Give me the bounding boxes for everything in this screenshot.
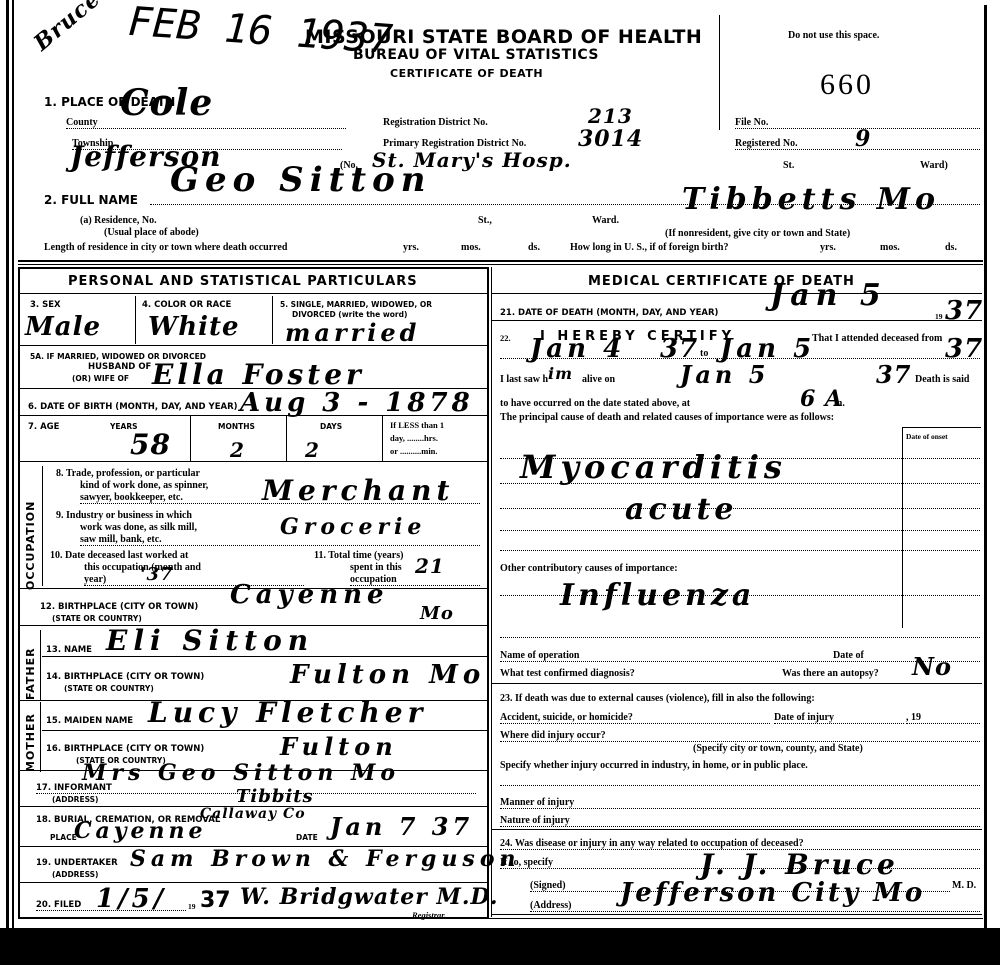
principal-cause-value: Myocarditis	[520, 448, 787, 486]
physician-signature: J. J. Bruce	[700, 848, 899, 881]
age-label: 7. AGE	[28, 422, 59, 432]
row-divider	[492, 683, 982, 684]
burial-date-value: Jan 7 37	[330, 812, 473, 841]
row-divider	[492, 829, 982, 830]
office-box-divider	[719, 15, 720, 130]
cause-line	[500, 530, 980, 531]
last-saw-value: Jan 5	[680, 360, 769, 389]
informant-address-label: (ADDRESS)	[52, 795, 98, 804]
last-saw-pronoun: im	[548, 364, 573, 383]
other-cause-value: Influenza	[560, 578, 755, 613]
undertaker-value: Sam Brown & Ferguson	[130, 846, 521, 872]
accident-label: Accident, suicide, or homicide?	[500, 712, 770, 724]
attended-from-value: Jan 4	[530, 334, 625, 364]
bureau-title: BUREAU OF VITAL STATISTICS	[353, 47, 599, 63]
alive-on-label: alive on	[582, 374, 615, 385]
frame-border-right	[984, 5, 987, 935]
office-number: 660	[820, 68, 874, 102]
row-divider	[492, 320, 982, 321]
date-of-death-label: 21. DATE OF DEATH (MONTH, DAY, AND YEAR)	[500, 308, 718, 318]
last-worked-value: '37	[140, 564, 174, 585]
mother-name-value: Lucy Fletcher	[148, 696, 427, 729]
nonresident-note: (If nonresident, give city or town and S…	[665, 228, 850, 239]
occurred-label: to have occurred on the date stated abov…	[500, 398, 690, 409]
injury-where-note: (Specify city or town, county, and State…	[693, 743, 863, 754]
mother-side-label: MOTHER	[24, 704, 37, 772]
residence-yrs-label: yrs.	[403, 242, 419, 253]
row-divider	[18, 918, 983, 919]
row-divider	[20, 415, 487, 416]
birthplace-label-2: (STATE OR COUNTRY)	[52, 614, 142, 623]
nature-of-injury-label: Nature of injury	[500, 815, 980, 827]
registrar-value: W. Bridgwater M.D.	[240, 884, 498, 910]
trade-label-2: kind of work done, as spinner,	[80, 480, 208, 491]
occupation-side-label: OCCUPATION	[24, 470, 37, 590]
industry-label-2: work was done, as silk mill,	[80, 522, 197, 533]
cause-line	[500, 550, 980, 551]
injury-specify-label: Specify whether injury occurred in indus…	[500, 760, 808, 771]
principal-cause-qualifier: acute	[625, 492, 737, 527]
operation-date-label: Date of	[833, 650, 864, 661]
row-divider	[20, 293, 487, 294]
col-divider	[40, 630, 41, 700]
row-divider	[492, 914, 982, 915]
occurred-suffix: m.	[834, 398, 845, 409]
date-of-death-year: 37	[945, 296, 983, 326]
date-of-birth-label: 6. DATE OF BIRTH (MONTH, DAY, AND YEAR)	[28, 402, 238, 412]
last-saw-label: I last saw h	[500, 374, 548, 385]
date-of-death-value: Jan 5	[770, 278, 887, 313]
father-side-label: FATHER	[24, 632, 37, 700]
col-divider	[42, 466, 43, 586]
father-birthplace-label-2: (STATE OR COUNTRY)	[64, 684, 154, 693]
md-label: M. D.	[952, 880, 976, 891]
father-name-value: Eli Sitton	[106, 624, 314, 657]
undertaker-label: 19. UNDERTAKER	[36, 858, 118, 868]
birthplace-state: Mo	[420, 603, 454, 624]
sex-label: 3. SEX	[30, 300, 61, 310]
age-days-label: DAYS	[320, 422, 342, 431]
injury-date-label: Date of injury	[774, 712, 904, 724]
attended-to-label: to	[700, 348, 708, 359]
header-divider-2	[18, 264, 983, 265]
length-of-residence-label: Length of residence in city or town wher…	[44, 242, 287, 253]
burial-extra-value: Callaway Co	[200, 806, 306, 822]
residence-st-label: St.,	[478, 215, 492, 226]
test-label: What test confirmed diagnosis?	[500, 668, 635, 679]
full-name-value: Geo Sitton	[170, 160, 431, 200]
injury-where-label: Where did injury occur?	[500, 730, 980, 742]
birthplace-label: 12. BIRTHPLACE (CITY OR TOWN)	[40, 602, 198, 612]
form-title: MISSOURI STATE BOARD OF HEALTH	[305, 26, 702, 48]
marital-value: married	[285, 318, 420, 347]
st-label: St.	[783, 160, 794, 171]
spouse-value: Ella Foster	[152, 358, 365, 391]
injury-specify-line	[500, 785, 980, 786]
injury-year-prefix: , 19	[906, 712, 980, 724]
physician-address-value: Jefferson City Mo	[620, 878, 925, 908]
trade-label: 8. Trade, profession, or particular	[56, 468, 200, 479]
residence-mos-label: mos.	[461, 242, 481, 253]
county-label: County	[66, 117, 346, 129]
residence-note: (Usual place of abode)	[104, 227, 199, 238]
external-causes-label: 23. If death was due to external causes …	[500, 693, 815, 704]
mother-birthplace-value: Fulton	[280, 732, 398, 761]
office-use-note: Do not use this space.	[788, 30, 879, 41]
registration-district-label: Registration District No.	[383, 117, 488, 128]
registered-no-value: 9	[855, 126, 871, 152]
burial-place-label: PLACE	[50, 833, 77, 842]
frame-border-left-inner	[12, 0, 14, 930]
certify-number: 22.	[500, 333, 511, 343]
frame-border-left	[6, 0, 9, 930]
less-than-day-hrs: day, ........hrs.	[390, 433, 438, 443]
ward-label: Ward)	[920, 160, 948, 171]
filed-year-prefix: 19	[188, 902, 196, 911]
other-causes-label: Other contributory causes of importance:	[500, 563, 678, 574]
header-divider	[18, 260, 983, 262]
total-time-label-2: spent in this	[350, 562, 402, 573]
autopsy-label: Was there an autopsy?	[782, 668, 879, 679]
corner-handwritten-note: Bruce	[29, 0, 106, 56]
father-birthplace-value: Fulton Mo	[290, 660, 485, 690]
foreign-birth-label: How long in U. S., if of foreign birth?	[570, 242, 728, 253]
mother-name-label: 15. MAIDEN NAME	[46, 716, 133, 726]
cause-line	[500, 637, 980, 638]
industry-value: Grocerie	[280, 514, 426, 540]
filed-year: 37	[200, 888, 231, 913]
less-than-day-min: or ..........min.	[390, 446, 438, 456]
race-label: 4. COLOR OR RACE	[142, 300, 231, 310]
foreign-yrs-label: yrs.	[820, 242, 836, 253]
cause-line	[500, 508, 980, 509]
row-divider	[42, 656, 487, 657]
operation-label: Name of operation	[500, 650, 980, 662]
certify-text: That I attended deceased from	[812, 333, 942, 344]
less-than-day-label: If LESS than 1	[390, 420, 444, 430]
residence-label: (a) Residence, No.	[80, 215, 157, 226]
race-value: White	[148, 312, 240, 342]
residence-ward-label: Ward.	[592, 215, 619, 226]
certificate-title: CERTIFICATE OF DEATH	[390, 67, 543, 80]
total-time-label: 11. Total time (years)	[314, 550, 403, 561]
date-of-onset-label: Date of onset	[906, 432, 948, 441]
scan-bottom-edge	[0, 928, 1000, 965]
spouse-label-2: HUSBAND OF	[88, 362, 151, 372]
row-divider	[20, 461, 487, 462]
row-divider	[42, 730, 487, 731]
col-divider	[40, 702, 41, 772]
row-divider	[20, 882, 487, 883]
total-time-value: 21	[415, 554, 445, 578]
col-divider	[286, 416, 287, 461]
date-of-birth-value: Aug 3 - 1878	[240, 388, 474, 418]
last-worked-label: 10. Date deceased last worked at	[50, 550, 188, 561]
autopsy-value: No	[912, 652, 952, 681]
last-saw-year: 37	[876, 360, 911, 389]
personal-section-title: PERSONAL AND STATISTICAL PARTICULARS	[68, 274, 418, 289]
industry-label: 9. Industry or business in which	[56, 510, 192, 521]
sex-value: Male	[25, 312, 101, 342]
age-months-value: 2	[230, 438, 245, 462]
nonresident-value: Tibbetts Mo	[682, 182, 940, 217]
burial-date-label: DATE	[296, 833, 318, 842]
foreign-ds-label: ds.	[945, 242, 957, 253]
spouse-label-3: (OR) WIFE OF	[72, 374, 129, 383]
death-said-label: Death is said	[915, 374, 969, 385]
filed-value: 1/5/	[96, 884, 167, 914]
age-days-value: 2	[305, 438, 320, 462]
marital-label: 5. SINGLE, MARRIED, WIDOWED, OR	[280, 300, 432, 309]
full-name-label: 2. FULL NAME	[44, 193, 138, 207]
trade-value: Merchant	[262, 474, 454, 507]
col-divider	[135, 296, 136, 344]
principal-cause-label: The principal cause of death and related…	[500, 412, 834, 423]
informant-address-value: Tibbits	[236, 786, 314, 807]
residence-ds-label: ds.	[528, 242, 540, 253]
row-divider	[492, 293, 982, 294]
father-birthplace-label: 14. BIRTHPLACE (CITY OR TOWN)	[46, 672, 204, 682]
mother-birthplace-label: 16. BIRTHPLACE (CITY OR TOWN)	[46, 744, 204, 754]
registration-district-value: 213	[588, 104, 633, 128]
primary-registration-value: 3014	[578, 126, 643, 152]
age-months-label: MONTHS	[218, 422, 255, 431]
col-divider	[382, 416, 383, 461]
col-divider	[190, 416, 191, 461]
father-name-label: 13. NAME	[46, 645, 92, 655]
attended-to-year: 37	[945, 334, 983, 364]
age-years-value: 58	[130, 428, 171, 461]
undertaker-address-label: (ADDRESS)	[52, 870, 98, 879]
foreign-mos-label: mos.	[880, 242, 900, 253]
birthplace-value: Cayenne	[230, 580, 389, 610]
medical-box-left	[491, 267, 492, 917]
burial-place-value: Cayenne	[74, 818, 207, 844]
manner-of-injury-label: Manner of injury	[500, 797, 980, 809]
row-divider	[20, 345, 487, 346]
col-divider	[272, 296, 273, 344]
